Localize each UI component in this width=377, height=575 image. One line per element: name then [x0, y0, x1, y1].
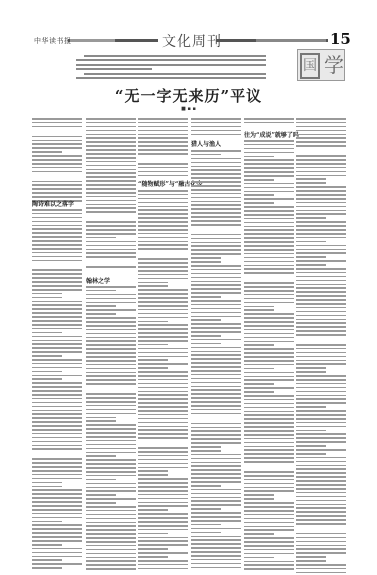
logo-char-left: 国 [300, 53, 320, 79]
text-column [244, 118, 294, 128]
text-column [138, 190, 188, 571]
text-column [191, 118, 241, 138]
text-column [244, 140, 294, 571]
newspaper-page: 中华读书报 文化周刊 15 国 学 “无一字无来历”平议 ■ ▪ ▪ 陶诗难以之… [0, 0, 377, 575]
logo-char-right: 学 [324, 52, 344, 78]
logo-vertical-text [319, 53, 323, 77]
text-column [86, 286, 136, 571]
section-name: 文化周刊 [162, 31, 222, 51]
text-column [32, 209, 82, 571]
subhead: 往为“成说”就够了吗 [244, 130, 299, 139]
text-column [32, 118, 82, 200]
subhead: 翰林之学 [86, 276, 110, 285]
masthead: 中华读书报 [34, 36, 72, 46]
header-rule-left [68, 39, 158, 42]
column-logo: 国 学 [297, 49, 345, 81]
subhead: 陶诗难以之落字 [32, 199, 74, 208]
text-column [138, 118, 188, 178]
subhead: 猎人与渔人 [191, 139, 221, 148]
headline: “无一字无来历”平议 [0, 85, 377, 106]
byline: ■ ▪ ▪ [0, 106, 377, 112]
text-column [191, 150, 241, 571]
intro-paragraph [76, 55, 266, 81]
text-column [86, 118, 136, 268]
text-column [296, 118, 346, 571]
page-number: 15 [330, 30, 351, 48]
header-rule-right [216, 39, 328, 42]
